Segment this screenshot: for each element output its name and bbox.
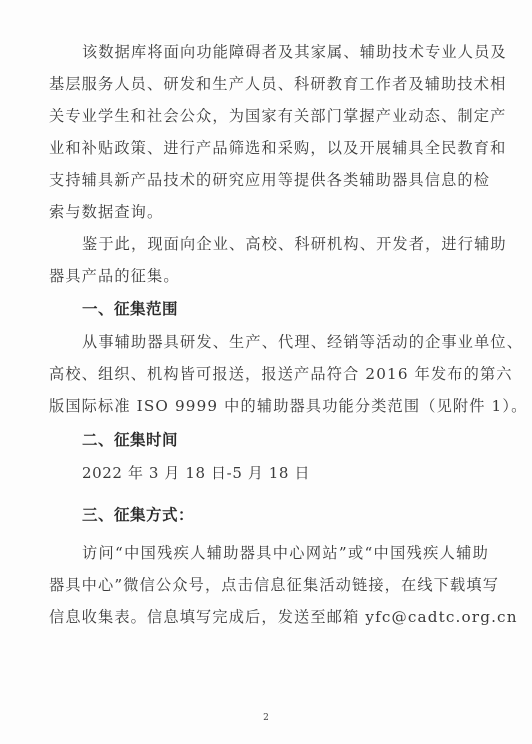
intro-paragraph-line: 支持辅具新产品技术的研究应用等提供各类辅助器具信息的检: [49, 170, 489, 190]
method-paragraph-line: 信息收集表。信息填写完成后，发送至邮箱 yfc@cadtc.org.cn: [49, 607, 489, 627]
intro-paragraph-line: 该数据库将面向功能障碍者及其家属、辅助技术专业人员及: [82, 42, 489, 62]
method-paragraph-line: 器具中心”微信公众号，点击信息征集活动链接，在线下载填写: [49, 575, 489, 595]
document-page: 该数据库将面向功能障碍者及其家属、辅助技术专业人员及 基层服务人员、研发和生产人…: [0, 0, 532, 744]
method-paragraph-line: 访问“中国残疾人辅助器具中心网站”或“中国残疾人辅助: [82, 543, 489, 563]
page-number: 2: [0, 713, 532, 723]
section-heading-time: 二、征集时间: [82, 430, 178, 450]
intro-paragraph-line: 业和补贴政策、进行产品筛选和采购，以及开展辅具全民教育和: [49, 138, 489, 158]
collection-period: 2022 年 3 月 18 日-5 月 18 日: [82, 463, 310, 483]
scope-paragraph-line: 从事辅助器具研发、生产、代理、经销等活动的企事业单位、: [82, 332, 489, 352]
intro-paragraph-line: 关专业学生和社会公众，为国家有关部门掌握产业动态、制定产: [49, 106, 489, 126]
section-heading-scope: 一、征集范围: [82, 299, 178, 319]
section-heading-method: 三、征集方式：: [82, 505, 194, 525]
scope-paragraph-line: 版国际标准 ISO 9999 中的辅助器具功能分类范围（见附件 1）。: [49, 396, 489, 416]
purpose-paragraph-line: 鉴于此，现面向企业、高校、科研机构、开发者，进行辅助: [82, 234, 489, 254]
purpose-paragraph-line: 器具产品的征集。: [49, 266, 489, 286]
intro-paragraph-line: 索与数据查询。: [49, 202, 489, 222]
scope-paragraph-line: 高校、组织、机构皆可报送，报送产品符合 2016 年发布的第六: [49, 364, 489, 384]
intro-paragraph-line: 基层服务人员、研发和生产人员、科研教育工作者及辅助技术相: [49, 74, 489, 94]
